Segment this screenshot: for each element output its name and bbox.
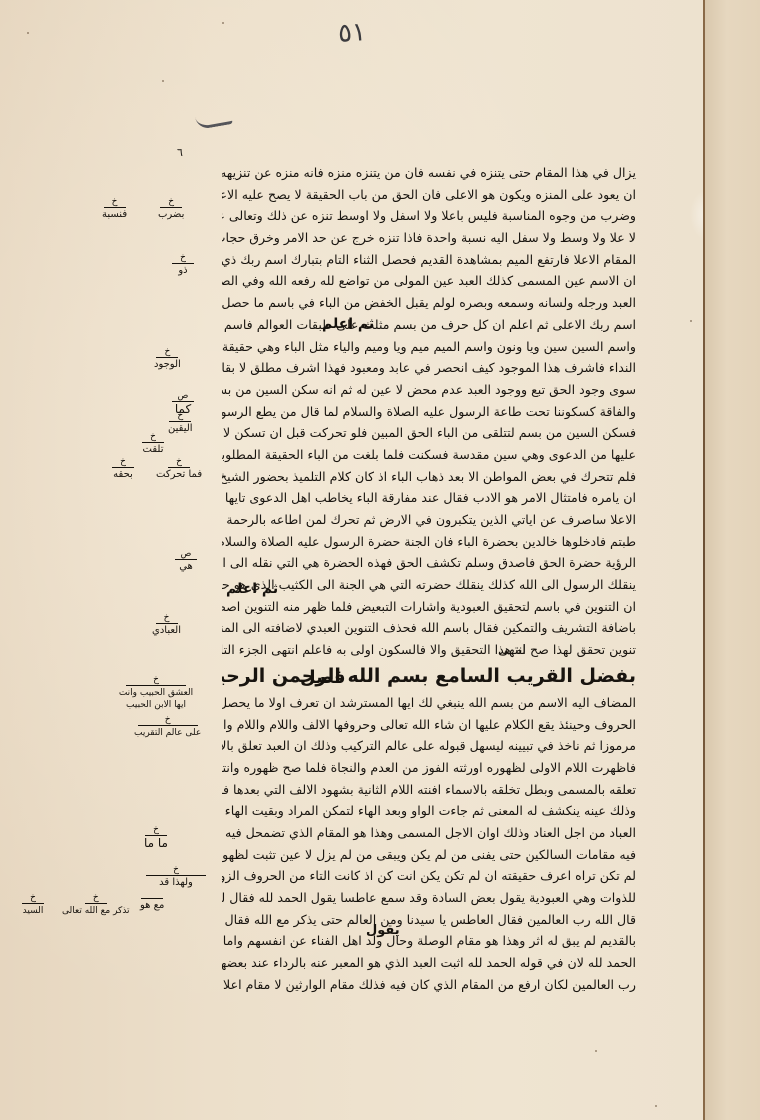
text-line: واسم السين سين ويا ونون واسم الميم ميم و… (222, 336, 636, 358)
text-line: وضرب من وجوه المناسبة فليس باعلا ولا اسف… (222, 205, 636, 227)
margin-gloss: خذو (172, 254, 194, 277)
text-line: فلم تتحرك في بعض المواطن الا بعد ذهاب ال… (222, 466, 636, 488)
section-heading-line: بفضل القريب السامع بسم الله الرحمن الرحي… (222, 661, 636, 692)
text-line: المضاف اليه الاسم من بسم الله ينبغي لك ا… (222, 692, 636, 714)
paper-speck (162, 80, 164, 82)
text-line: الحروف وحينئذ يقع الكلام عليها ان شاء ال… (222, 714, 636, 736)
rubric-thumma-alam: ثم اعلم (322, 318, 374, 330)
text-segment: اسم ربك الاعلى ثم اعلم ان كل حرف من بسم … (222, 317, 636, 332)
margin-gloss: مع هو (140, 898, 164, 912)
paper-speck (222, 22, 224, 24)
text-line: فيه مقامات السالكين حتى يفنى من لم يكن و… (222, 844, 636, 866)
text-line: الحمد لله لان في قوله الحمد لله اثبت الع… (222, 952, 636, 974)
text-line: ان يامره فامتثال الامر هو الادب فقال عند… (222, 487, 636, 509)
rubric-intaha: انتهى (498, 645, 526, 657)
margin-gloss: خبضرب (158, 198, 184, 221)
text-line: الرؤية حضرة الحق فاصدق وسلم تكشف الحق فه… (222, 552, 636, 574)
text-line: تعلقه بالمسمى وبطل تخلقه بالاسماء افنته … (222, 779, 636, 801)
paper-speck (690, 320, 692, 322)
margin-gloss: خالعبادي (152, 614, 181, 637)
text-line: باضافة التشريف والتمكين فقال باسم الله ف… (222, 617, 636, 639)
text-line: ان التنوين في باسم لتحقيق العبودية واشار… (222, 596, 636, 618)
text-line: ان يعود على المنزه ويكون هو الاعلى فان ا… (222, 184, 636, 206)
text-line: قال الله رب العالمين فقال العاطس يا سيدن… (222, 909, 636, 931)
text-line: رب العالمين لكان ارفع من المقام الذي كان… (222, 974, 636, 996)
text-line: وذلك عينه ينكشف له المعنى ثم جاءت الواو … (222, 800, 636, 822)
text-line: ينقلك الرسول الى الله كذلك ينقلك حضرته ا… (222, 574, 636, 596)
catchword-mark (195, 111, 233, 130)
text-line: فسكن السين من بسم لتتلقى من الباء الحق ا… (222, 422, 636, 444)
margin-gloss: خما ما (144, 826, 168, 849)
text-line: سوى وجود الحق تبع ووجود العبد عدم محض لا… (222, 379, 636, 401)
margin-gloss: خبحقه (112, 458, 134, 481)
text-line: العباد من اجل العناد وذلك اوان الاجل الم… (222, 822, 636, 844)
margin-gloss: خالوجود (154, 348, 181, 371)
manuscript-page: ٥١ ٦ يزال في هذا المقام حتى يتنزه في نفس… (0, 0, 703, 1120)
rubric-thumma-alam-2: ثم اعلم (226, 583, 278, 595)
page-sub-number: ٦ (177, 146, 183, 159)
text-line: الاعلا ساصرف عن اياتي الذين يتكبرون في ا… (222, 509, 636, 531)
paper-speck (655, 1105, 657, 1107)
text-line: للذوات وهي العبودية يقول بعض السادة وقد … (222, 887, 636, 909)
text-line: العبد ورجله ولسانه وسمعه وبصره لولم يقبل… (222, 292, 636, 314)
text-line: عليها من الدعوى وهي سين مقدسة فسكنت فلما… (222, 444, 636, 466)
text-line: بالقديم لم يبق له اثر وهذا هو مقام الوصل… (222, 930, 636, 952)
text-line: ان الاسم عين المسمى كذلك العبد عين المول… (222, 270, 636, 292)
text-line-with-rubric: اسم ربك الاعلى ثم اعلم ان كل حرف من بسم … (222, 314, 636, 336)
margin-gloss: خولهذا قد (146, 866, 206, 889)
paper-speck (27, 32, 29, 34)
text-line: المقام الاعلا فارتفع الميم بمشاهدة القدي… (222, 249, 636, 271)
text-line: مرموزا ثم ناخذ في تبيينه ليسهل قبوله على… (222, 735, 636, 757)
text-line: طبتم فادخلوها خالدين بحضرة الباء فان الج… (222, 531, 636, 553)
margin-gloss: خعلى عالم التقريب (134, 716, 201, 739)
margin-gloss: ختلقت (142, 433, 164, 456)
paper-speck (595, 1050, 597, 1052)
text-line: يزال في هذا المقام حتى يتنزه في نفسه فان… (222, 162, 636, 184)
text-line: لا علا ولا وسط ولا سفل اليه نسبة واحدة ف… (222, 227, 636, 249)
adjacent-page-edge (705, 0, 760, 1120)
margin-gloss: خالسيد (22, 894, 44, 917)
margin-gloss: خفنسبة (102, 198, 127, 221)
colophon-line: تنوين تحقق لهذا صح له هذا التحقيق والا ف… (222, 639, 636, 661)
rubric-fasl: فصل (300, 672, 346, 684)
folio-number: ٥١ (337, 17, 367, 49)
margin-gloss: خفما تحركت (156, 458, 202, 481)
text-line: النداء فاشرف هذا الموجود كيف انحصر في عا… (222, 357, 636, 379)
main-text-block: يزال في هذا المقام حتى يتنزه في نفسه فان… (222, 162, 636, 995)
margin-gloss: ختذكر مع الله تعالى (62, 894, 130, 917)
margin-gloss: خالعشق الحبيب وانت ايها الابن الحبيب (118, 676, 194, 711)
text-line: فاظهرت اللام الاولى لظهوره اورثته الفوز … (222, 757, 636, 779)
margin-gloss: صهي (175, 550, 197, 573)
rubric-yaqul: يقول (366, 925, 400, 937)
text-line: والفاقة كسكوننا تحت طاعة الرسول عليه الص… (222, 401, 636, 423)
margin-gloss: خاليقين (168, 412, 193, 435)
text-line: لم تكن تراه اعرف حقيقته ان لم تكن يكن ان… (222, 865, 636, 887)
